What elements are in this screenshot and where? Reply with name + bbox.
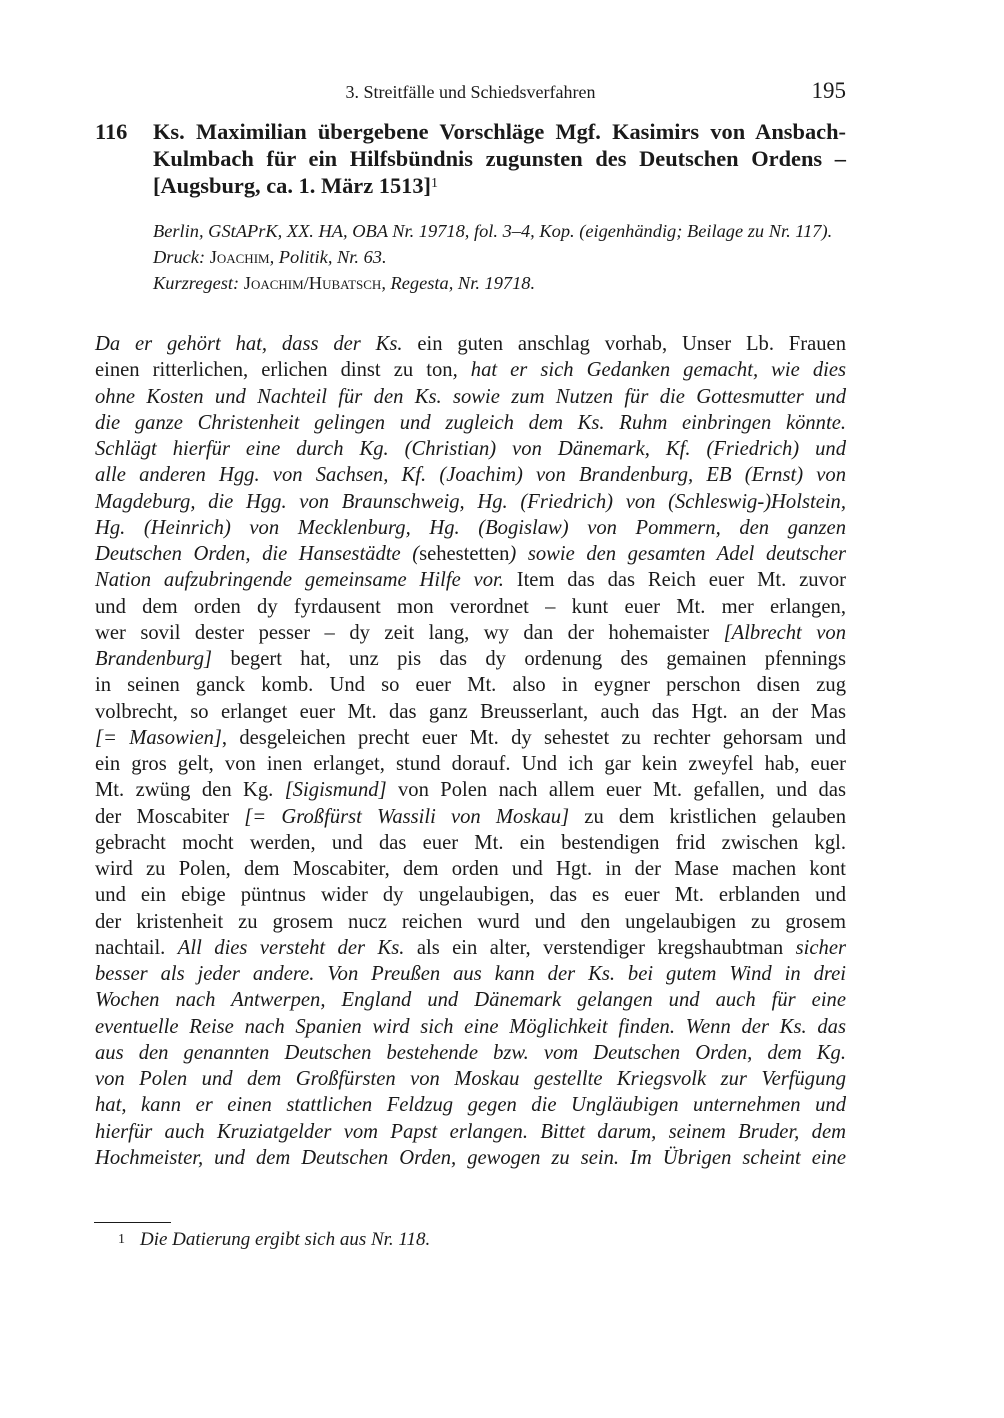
body-line: ein gros gelt, von inen erlanget, stund … — [95, 751, 846, 777]
source-text: volbrecht, so erlanget euer Mt. das ganz… — [95, 701, 846, 723]
document-heading: 116 Ks. Maximilian übergebene Vorschläge… — [95, 118, 846, 199]
source-text: nachtail. — [95, 937, 178, 959]
editorial-text: sicher — [796, 937, 846, 959]
editorial-text: ) sowie den gesamten Adel deutscher — [509, 543, 846, 565]
document-title-text: Ks. Maximilian übergebene Vorschläge Mgf… — [153, 119, 846, 198]
body-line: volbrecht, so erlanget euer Mt. das ganz… — [95, 699, 846, 725]
body-line: Nation aufzubringende gemeinsame Hilfe v… — [95, 567, 846, 593]
body-line: Hg. (Heinrich) von Mecklenburg, Hg. (Bog… — [95, 515, 846, 541]
body-line: Wochen nach Antwerpen, England und Dänem… — [95, 987, 846, 1013]
source-text: sehestetten — [419, 543, 509, 565]
editorial-text: Da er gehört hat, dass der Ks. — [95, 333, 403, 355]
editorial-text: Deutschen Orden, die Hansestädte ( — [95, 543, 419, 565]
body-line: [= Masowien], desgeleichen precht euer M… — [95, 725, 846, 751]
editorial-text: Hg. (Heinrich) von Mecklenburg, Hg. (Bog… — [95, 517, 846, 539]
druck-label: Druck: — [153, 247, 205, 267]
body-line: aus den genannten Deutschen bestehende b… — [95, 1040, 846, 1066]
source-text: und ein ebige püntnus wider dy ungelaubi… — [95, 884, 846, 906]
source-text: Mt. zwüng den Kg. — [95, 779, 285, 801]
body-text: Da er gehört hat, dass der Ks. ein guten… — [95, 331, 846, 1171]
body-line: wird zu Polen, dem Moscabiter, dem orden… — [95, 856, 846, 882]
footnote-divider — [94, 1222, 171, 1223]
source-text: zu dem kristlichen gelauben — [569, 806, 846, 828]
editorial-text: [= Großfürst Wassili von Moskau] — [244, 806, 569, 828]
body-line: einen ritterlichen, erlichen dinst zu to… — [95, 357, 846, 383]
footnote-mark: 1 — [95, 1227, 125, 1253]
body-line: Da er gehört hat, dass der Ks. ein guten… — [95, 331, 846, 357]
editorial-text: All dies versteht der Ks. — [178, 937, 405, 959]
editorial-text: [= Masowien] — [95, 727, 222, 749]
source-apparatus: Berlin, GStAPrK, XX. HA, OBA Nr. 19718, … — [153, 218, 846, 297]
running-head-title: 3. Streitfälle und Schiedsverfahren — [95, 82, 846, 103]
druck-reference: Druck: Joachim, Politik, Nr. 63. — [153, 244, 846, 270]
footnote-ref[interactable]: 1 — [431, 176, 438, 191]
body-line: wer sovil dester pesser – dy zeit lang, … — [95, 620, 846, 646]
editorial-text: , hat er sich Gedanken gemacht, wie dies — [453, 359, 846, 381]
body-line: und dem orden dy fyrdausent mon verordne… — [95, 594, 846, 620]
body-line: hierfür auch Kruziatgelder vom Papst erl… — [95, 1119, 846, 1145]
editorial-text: ohne Kosten und Nachteil für den Ks. sow… — [95, 386, 846, 408]
source-text: und dem orden dy fyrdausent mon verordne… — [95, 596, 846, 618]
kurzregest-author-1: Joachim — [244, 273, 304, 293]
body-line: nachtail. All dies versteht der Ks. als … — [95, 935, 846, 961]
body-line: alle anderen Hgg. von Sachsen, Kf. (Joac… — [95, 462, 846, 488]
kurzregest-rest: , Regesta, Nr. 19718. — [381, 273, 535, 293]
body-line: und ein ebige püntnus wider dy ungelaubi… — [95, 882, 846, 908]
editorial-text: Wochen nach Antwerpen, England und Dänem… — [95, 989, 846, 1011]
source-text: begert hat, unz pis das dy ordenung des … — [212, 648, 846, 670]
document-number: 116 — [95, 118, 127, 145]
editorial-text: Nation aufzubringende gemeinsame Hilfe v… — [95, 569, 504, 591]
body-line: Deutschen Orden, die Hansestädte (sehest… — [95, 541, 846, 567]
body-line: der Moscabiter [= Großfürst Wassili von … — [95, 804, 846, 830]
body-line: Schlägt hierfür eine durch Kg. (Christia… — [95, 436, 846, 462]
archive-reference: Berlin, GStAPrK, XX. HA, OBA Nr. 19718, … — [153, 218, 846, 244]
source-text: gebracht mocht werden, und das euer Mt. … — [95, 832, 846, 854]
editorial-text: aus den genannten Deutschen bestehende b… — [95, 1042, 846, 1064]
kurzregest-reference: Kurzregest: Joachim/Hubatsch, Regesta, N… — [153, 270, 846, 296]
body-line: hat, kann er einen stattlichen Feldzug g… — [95, 1092, 846, 1118]
body-line: Brandenburg] begert hat, unz pis das dy … — [95, 646, 846, 672]
editorial-text: Magdeburg, die Hgg. von Braunschweig, Hg… — [95, 491, 846, 513]
source-text: , desgeleichen precht euer Mt. dy sehest… — [222, 727, 846, 749]
source-text: ein gros gelt, von inen erlanget, stund … — [95, 753, 846, 775]
source-text: der kristenheit zu grosem nucz reichen w… — [95, 911, 846, 933]
source-text: ein guten anschlag vorhab, Unser Lb. Fra… — [403, 333, 847, 355]
body-line: in seinen ganck komb. Und so euer Mt. al… — [95, 672, 846, 698]
editorial-text: die ganze Christenheit gelingen und zugl… — [95, 412, 846, 434]
editorial-text: hat, kann er einen stattlichen Feldzug g… — [95, 1094, 846, 1116]
body-line: gebracht mocht werden, und das euer Mt. … — [95, 830, 846, 856]
source-text: wird zu Polen, dem Moscabiter, dem orden… — [95, 858, 846, 880]
body-line: ohne Kosten und Nachteil für den Ks. sow… — [95, 384, 846, 410]
body-line: eventuelle Reise nach Spanien wird sich … — [95, 1014, 846, 1040]
body-line: die ganze Christenheit gelingen und zugl… — [95, 410, 846, 436]
body-line: Hochmeister, und dem Deutschen Orden, ge… — [95, 1145, 846, 1171]
page-number: 195 — [812, 78, 847, 104]
footnote-text: Die Datierung ergibt sich aus Nr. 118. — [140, 1229, 430, 1250]
druck-rest: , Politik, Nr. 63. — [270, 247, 387, 267]
editorial-text: Brandenburg] — [95, 648, 212, 670]
editorial-text: [Albrecht von — [724, 622, 846, 644]
editorial-text: [Sigismund] — [285, 779, 387, 801]
editorial-text: alle anderen Hgg. von Sachsen, Kf. (Joac… — [95, 464, 846, 486]
source-text: Item das das Reich euer Mt. zuvor — [504, 569, 846, 591]
editorial-text: Schlägt hierfür eine durch Kg. (Christia… — [95, 438, 846, 460]
body-line: der kristenheit zu grosem nucz reichen w… — [95, 909, 846, 935]
editorial-text: eventuelle Reise nach Spanien wird sich … — [95, 1016, 846, 1038]
source-text: einen ritterlichen, erlichen dinst zu to… — [95, 359, 453, 381]
editorial-text: hierfür auch Kruziatgelder vom Papst erl… — [95, 1121, 846, 1143]
body-line: besser als jeder andere. Von Preußen aus… — [95, 961, 846, 987]
source-text: als ein alter, verstendiger kregshaubtma… — [404, 937, 795, 959]
body-line: Magdeburg, die Hgg. von Braunschweig, Hg… — [95, 489, 846, 515]
body-line: von Polen und dem Großfürsten von Moskau… — [95, 1066, 846, 1092]
druck-author: Joachim — [210, 247, 270, 267]
source-text: in seinen ganck komb. Und so euer Mt. al… — [95, 674, 846, 696]
source-text: der Moscabiter — [95, 806, 244, 828]
footnote: 1Die Datierung ergibt sich aus Nr. 118. — [95, 1227, 430, 1253]
document-title: Ks. Maximilian übergebene Vorschläge Mgf… — [153, 118, 846, 199]
running-head: 3. Streitfälle und Schiedsverfahren 195 — [95, 80, 846, 106]
source-text: wer sovil dester pesser – dy zeit lang, … — [95, 622, 724, 644]
editorial-text: besser als jeder andere. Von Preußen aus… — [95, 963, 846, 985]
body-line: Mt. zwüng den Kg. [Sigismund] von Polen … — [95, 777, 846, 803]
editorial-text: Hochmeister, und dem Deutschen Orden, ge… — [95, 1147, 846, 1169]
kurzregest-label: Kurzregest: — [153, 273, 239, 293]
footnotes: 1Die Datierung ergibt sich aus Nr. 118. — [95, 1227, 430, 1253]
kurzregest-author-2: Hubatsch — [309, 273, 382, 293]
editorial-text: von Polen und dem Großfürsten von Moskau… — [95, 1068, 846, 1090]
source-text: von Polen nach allem euer Mt. gefallen, … — [387, 779, 846, 801]
